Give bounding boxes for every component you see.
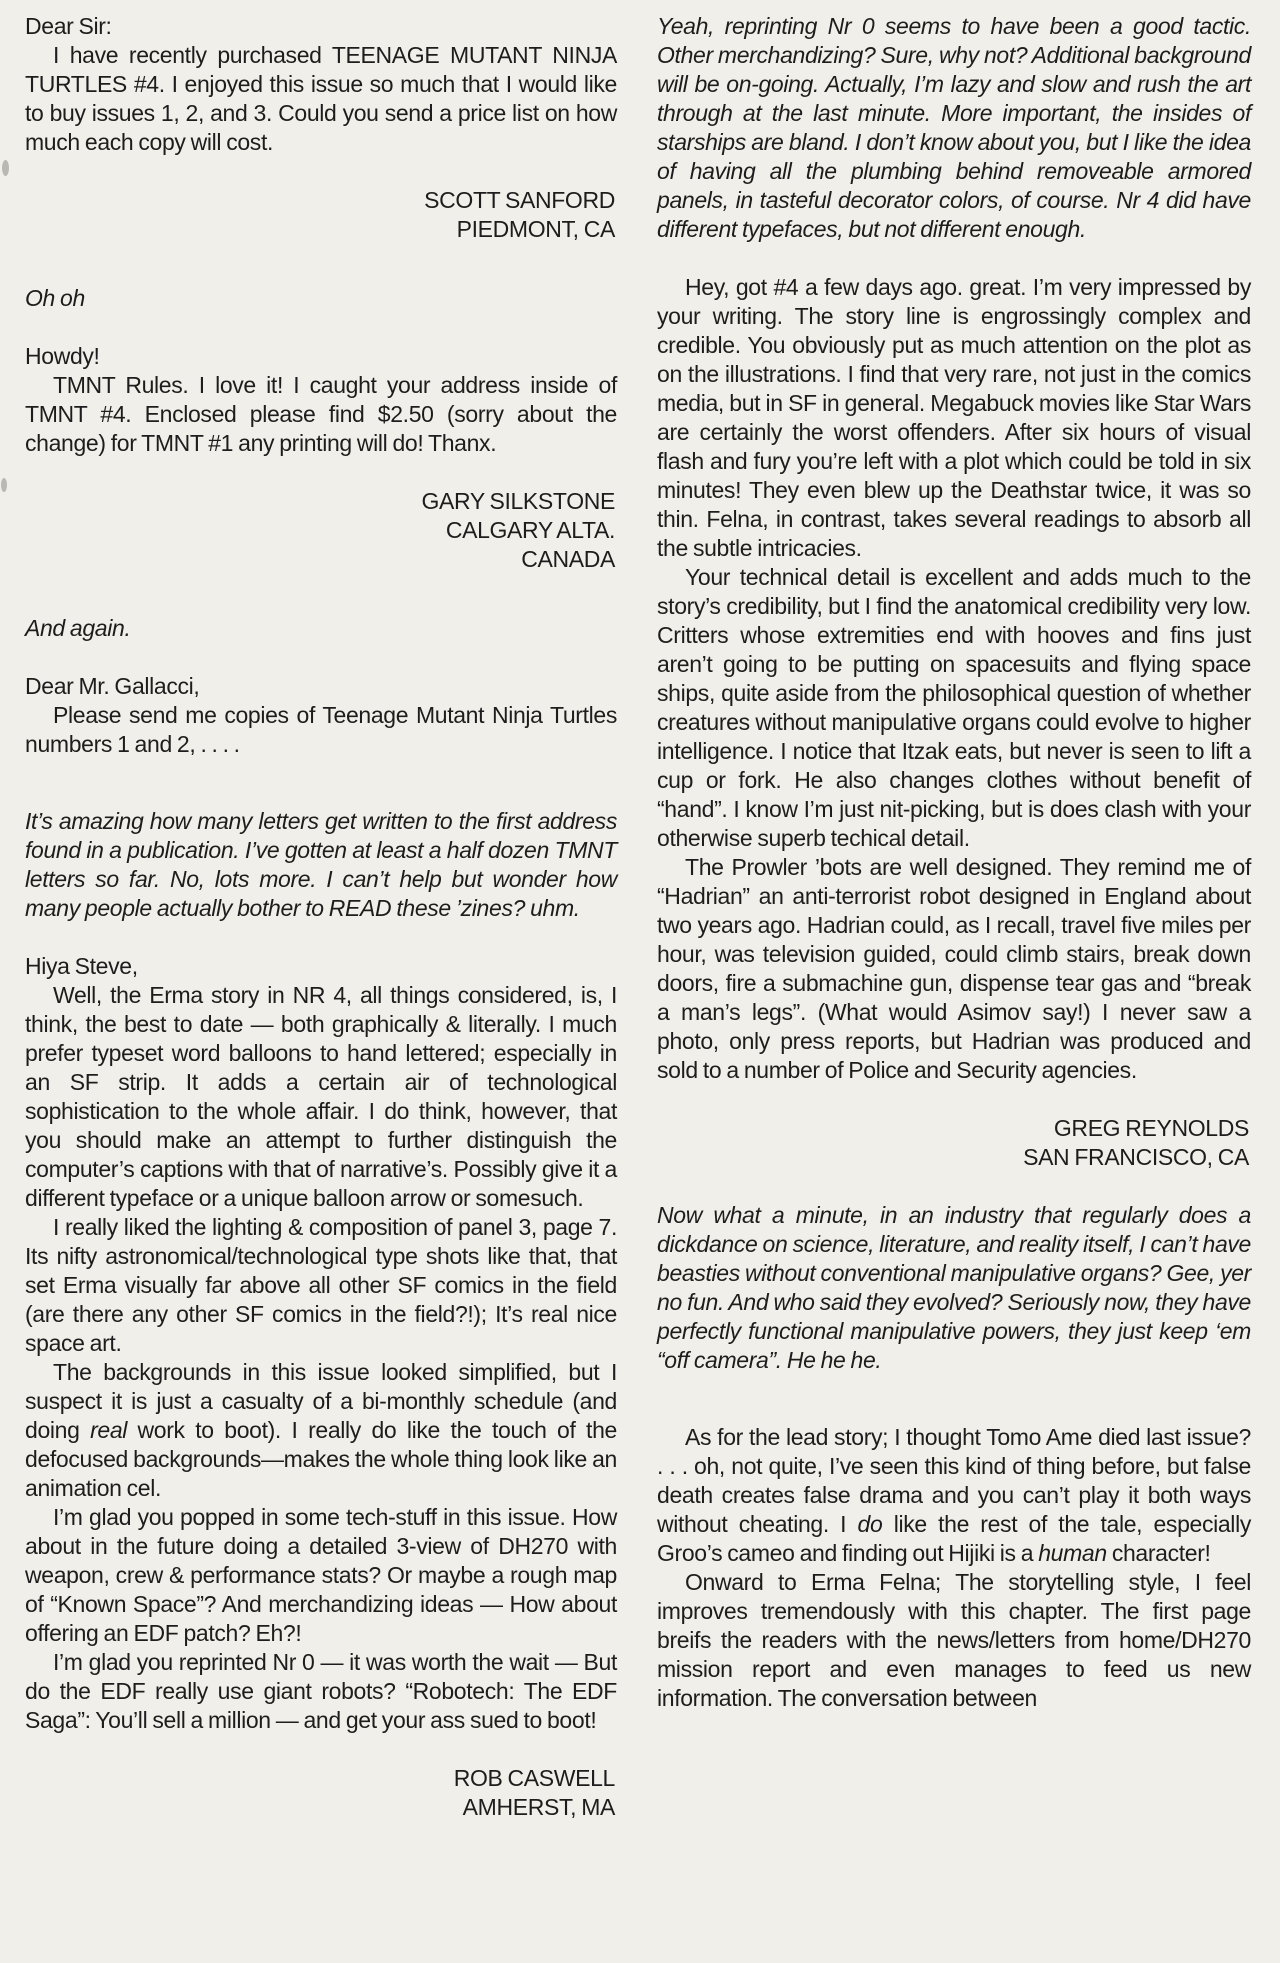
salutation: Dear Mr. Gallacci, [25, 672, 617, 701]
editor-reply: Yeah, reprinting Nr 0 seems to have been… [657, 12, 1251, 244]
salutation: Hiya Steve, [25, 952, 617, 981]
signature: GREG REYNOLDSSAN FRANCISCO, CA [657, 1114, 1251, 1172]
signature-name: GARY SILKSTONE [25, 487, 615, 516]
editor-reply: Now what a minute, in an industry that r… [657, 1201, 1251, 1375]
inline-emphasis: do [858, 1511, 883, 1537]
editor-note: Oh oh [25, 284, 617, 313]
body: Your technical detail is excellent and a… [657, 563, 1251, 853]
body: I have recently purchased TEENAGE MUTANT… [25, 41, 617, 157]
scan-speck [1, 478, 7, 492]
salutation: Howdy! [25, 342, 617, 371]
signature-location: AMHERST, MA [25, 1793, 615, 1822]
editor-note: And again. [25, 614, 617, 643]
body: Well, the Erma story in NR 4, all things… [25, 981, 617, 1213]
inline-emphasis: human [1038, 1540, 1107, 1566]
signature-location: CALGARY ALTA. [25, 516, 615, 545]
body: I’m glad you popped in some tech-stuff i… [25, 1503, 617, 1648]
signature: GARY SILKSTONECALGARY ALTA.CANADA [25, 487, 617, 574]
body: TMNT Rules. I love it! I caught your add… [25, 371, 617, 458]
body: As for the lead story; I thought Tomo Am… [657, 1423, 1251, 1568]
body: Onward to Erma Felna; The storytelling s… [657, 1568, 1251, 1713]
signature-name: GREG REYNOLDS [657, 1114, 1249, 1143]
editor-reply: It’s amazing how many letters get writte… [25, 807, 617, 923]
body: The Prowler ’bots are well designed. The… [657, 853, 1251, 1085]
signature-location: PIEDMONT, CA [25, 215, 615, 244]
signature-name: SCOTT SANFORD [25, 186, 615, 215]
body: Please send me copies of Teenage Mutant … [25, 701, 617, 759]
signature-location: SAN FRANCISCO, CA [657, 1143, 1249, 1172]
body: I’m glad you reprinted Nr 0 — it was wor… [25, 1648, 617, 1735]
body: The backgrounds in this issue looked sim… [25, 1358, 617, 1503]
letters-page: Dear Sir:I have recently purchased TEENA… [0, 0, 1280, 1963]
signature-location: CANADA [25, 545, 615, 574]
inline-emphasis: real [90, 1417, 127, 1443]
signature: SCOTT SANFORDPIEDMONT, CA [25, 186, 617, 244]
signature-name: ROB CASWELL [25, 1764, 615, 1793]
letter-column-right: Yeah, reprinting Nr 0 seems to have been… [657, 12, 1251, 1713]
body: I really liked the lighting & compositio… [25, 1213, 617, 1358]
signature: ROB CASWELLAMHERST, MA [25, 1764, 617, 1822]
scan-speck [2, 160, 9, 176]
salutation: Dear Sir: [25, 12, 617, 41]
body: Hey, got #4 a few days ago. great. I’m v… [657, 273, 1251, 563]
letter-column-left: Dear Sir:I have recently purchased TEENA… [25, 12, 617, 1822]
